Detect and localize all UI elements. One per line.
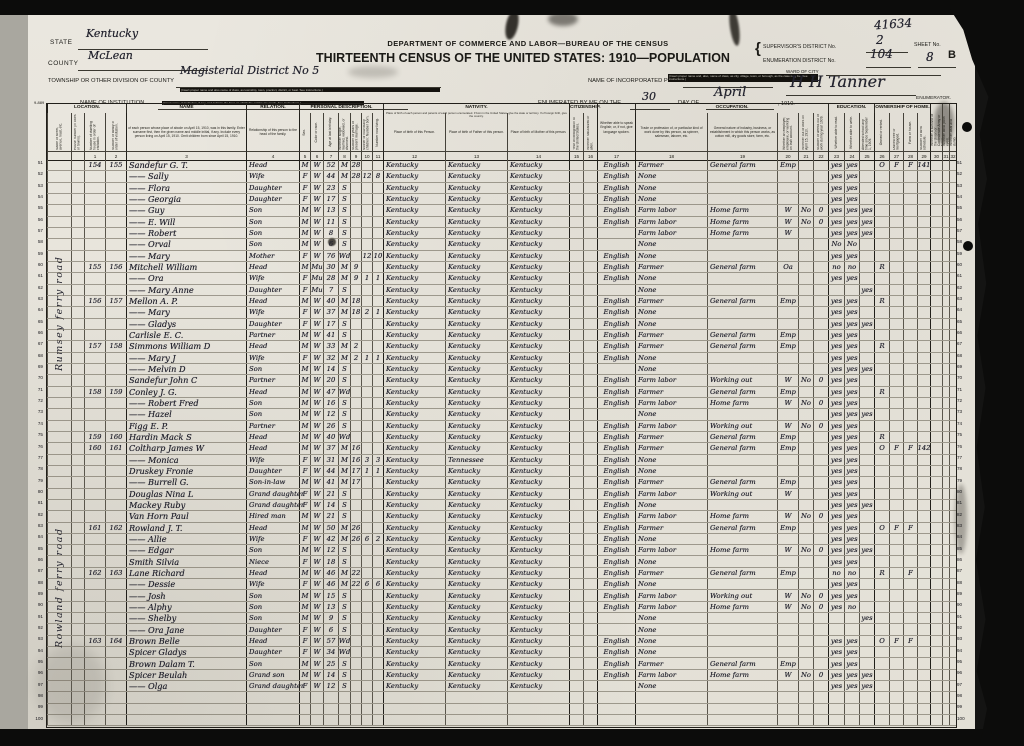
cell-home — [874, 375, 889, 385]
line-number-right: 95 — [957, 660, 970, 665]
cell-bl — [942, 647, 949, 657]
cell-cl — [372, 500, 383, 510]
cell-fm — [889, 500, 903, 510]
cell-bp: Kentucky — [383, 534, 445, 544]
cell-wk — [813, 387, 828, 397]
cell-emp: W — [777, 205, 798, 215]
cell-df — [949, 341, 956, 351]
cell-fh — [903, 579, 917, 589]
line-number-right: 92 — [957, 626, 970, 631]
cell-lang: English — [597, 590, 635, 600]
cell-fm — [889, 692, 903, 702]
cell-cb — [361, 262, 372, 272]
cell-emp: Emp — [777, 658, 798, 668]
cell-fm: F — [889, 523, 903, 533]
cell-fno: 142 — [917, 443, 930, 453]
cell-wk — [813, 556, 828, 566]
cell-sex: M — [299, 658, 310, 668]
cell-nat — [583, 205, 597, 215]
line-number-left: 85 — [30, 547, 43, 552]
cell-nat — [583, 466, 597, 476]
cell-wr: yes — [844, 296, 859, 306]
cell-lang — [597, 285, 635, 295]
line-number-left: 96 — [30, 671, 43, 676]
cell-ym — [350, 489, 361, 499]
punch-hole — [962, 122, 972, 132]
sheet-number-value: 8 — [926, 50, 934, 64]
cell-name: —— Olga — [126, 681, 246, 691]
cell-lang — [597, 692, 635, 702]
cell-fam — [105, 228, 126, 238]
cell-vet — [930, 624, 942, 634]
cell-df — [949, 455, 956, 465]
census-row: 154155Sandefur G. T.HeadMW52M28KentuckyK… — [47, 160, 956, 171]
cell-fm — [889, 398, 903, 408]
cell-dw: 155 — [84, 262, 105, 272]
cell-sex: M — [299, 545, 310, 555]
cell-ow — [798, 285, 813, 295]
line-number-right: 84 — [957, 535, 970, 540]
cell-dw — [84, 602, 105, 612]
cell-lang — [597, 228, 635, 238]
cell-color: W — [310, 239, 323, 249]
cell-ym — [350, 183, 361, 193]
cell-fm — [889, 183, 903, 193]
cell-fam — [105, 647, 126, 657]
line-number-right: 74 — [957, 422, 970, 427]
cell-house — [71, 251, 84, 261]
cell-ow: No — [798, 670, 813, 680]
cell-nat — [583, 681, 597, 691]
cell-home — [874, 590, 889, 600]
cell-bp: Kentucky — [383, 477, 445, 487]
cell-street — [47, 613, 71, 623]
cell-fam — [105, 511, 126, 521]
cell-wk — [813, 228, 828, 238]
cell-street — [47, 443, 71, 453]
cell-vet — [930, 534, 942, 544]
census-row: Druskey FronieDaughterFW44M1711KentuckyK… — [47, 466, 956, 477]
cell-vet — [930, 636, 942, 646]
cell-fh — [903, 194, 917, 204]
cell-name: Lane Richard — [126, 568, 246, 578]
cell-fno — [917, 296, 930, 306]
cell-age: 42 — [323, 534, 338, 544]
cell-df — [949, 307, 956, 317]
cell-name: —— Edgar — [126, 545, 246, 555]
cell-bp: Kentucky — [383, 421, 445, 431]
line-number-left: 53 — [30, 184, 43, 189]
cell-dw — [84, 205, 105, 215]
cell-bl — [942, 205, 949, 215]
cell-rel: Wife — [246, 353, 299, 363]
cell-occ: None — [635, 273, 707, 283]
cell-occ: Farm labor — [635, 228, 707, 238]
cell-sex: F — [299, 556, 310, 566]
cell-emp — [777, 500, 798, 510]
cell-wk: 0 — [813, 545, 828, 555]
cell-bl — [942, 251, 949, 261]
cell-imm — [569, 421, 583, 431]
cell-sch — [859, 421, 874, 431]
cell-imm — [569, 590, 583, 600]
cell-mar: M — [338, 579, 350, 589]
cell-emp: Emp — [777, 341, 798, 351]
col-number-bl: 31 — [942, 151, 949, 160]
cell-color: W — [310, 647, 323, 657]
line-number-left: 98 — [30, 694, 43, 699]
cell-emp: Emp — [777, 443, 798, 453]
cell-street — [47, 556, 71, 566]
cell-rd: yes — [828, 466, 844, 476]
cell-ow — [798, 432, 813, 442]
cell-fm — [889, 285, 903, 295]
col-number-lang: 17 — [597, 151, 635, 160]
cell-ym — [350, 590, 361, 600]
cell-fh — [903, 307, 917, 317]
cell-age: 6 — [323, 239, 338, 249]
enumerator-label: ENUMERATOR. — [916, 96, 951, 101]
cell-vet — [930, 523, 942, 533]
cell-fm — [889, 251, 903, 261]
cell-ind — [707, 692, 777, 702]
cell-imm — [569, 398, 583, 408]
cell-fh — [903, 409, 917, 419]
cell-df — [949, 273, 956, 283]
cell-rel: Son — [246, 205, 299, 215]
cell-ind — [707, 183, 777, 193]
cell-bp: Kentucky — [383, 523, 445, 533]
cell-ym — [350, 432, 361, 442]
cell-bl — [942, 353, 949, 363]
cell-street — [47, 341, 71, 351]
cell-fno — [917, 205, 930, 215]
census-row: Douglas Nina LGrand daughterFW21SKentuck… — [47, 489, 956, 500]
cell-mar: S — [338, 285, 350, 295]
line-number-left: 67 — [30, 342, 43, 347]
cell-wk — [813, 183, 828, 193]
cell-lang: English — [597, 670, 635, 680]
cell-wr: no — [844, 262, 859, 272]
cell-dw — [84, 353, 105, 363]
cell-bl — [942, 183, 949, 193]
cell-fam: 155 — [105, 160, 126, 170]
cell-ow — [798, 455, 813, 465]
census-row: 156157Mellon A. P.HeadMW40M18KentuckyKen… — [47, 296, 956, 307]
cell-vet — [930, 545, 942, 555]
line-number-left: 62 — [30, 286, 43, 291]
cell-cl — [372, 387, 383, 397]
cell-sex: F — [299, 307, 310, 317]
cell-nat — [583, 217, 597, 227]
cell-ym — [350, 387, 361, 397]
cell-ow: No — [798, 545, 813, 555]
cell-mar: S — [338, 217, 350, 227]
cell-wr: yes — [844, 421, 859, 431]
cell-wr: yes — [844, 534, 859, 544]
cell-wr: No — [844, 239, 859, 249]
cell-ow: No — [798, 511, 813, 521]
cell-fbp: Kentucky — [445, 647, 507, 657]
cell-ind — [707, 500, 777, 510]
cell-fam — [105, 205, 126, 215]
cell-street — [47, 217, 71, 227]
cell-ow — [798, 262, 813, 272]
col-header-home: Owned or rented. — [874, 113, 889, 151]
cell-mar: S — [338, 330, 350, 340]
cell-rel: Mother — [246, 251, 299, 261]
cell-rd: no — [828, 568, 844, 578]
cell-wr: yes — [844, 307, 859, 317]
cell-fno — [917, 636, 930, 646]
cell-ind: General farm — [707, 160, 777, 170]
census-row: —— E. WillSonMW11SKentuckyKentuckyKentuc… — [47, 217, 956, 228]
cell-sex: M — [299, 523, 310, 533]
cell-vet — [930, 681, 942, 691]
cell-imm — [569, 228, 583, 238]
cell-bl — [942, 715, 949, 725]
cell-home — [874, 602, 889, 612]
col-number-house — [71, 151, 84, 160]
cell-mbp: Kentucky — [507, 511, 569, 521]
cell-color: W — [310, 217, 323, 227]
cell-cb — [361, 319, 372, 329]
cell-house — [71, 715, 84, 725]
cell-occ: Farmer — [635, 330, 707, 340]
cell-nat — [583, 319, 597, 329]
census-row: 162163Lane RichardHeadMW46M22KentuckyKen… — [47, 568, 956, 579]
cell-bl — [942, 160, 949, 170]
cell-bl — [942, 681, 949, 691]
cell-fh — [903, 624, 917, 634]
line-number-left: 54 — [30, 195, 43, 200]
cell-fno — [917, 364, 930, 374]
cell-ind: Home farm — [707, 398, 777, 408]
cell-nat — [583, 579, 597, 589]
cell-occ: None — [635, 319, 707, 329]
cell-ind: Home farm — [707, 228, 777, 238]
cell-rel: Daughter — [246, 624, 299, 634]
line-number-right: 81 — [957, 501, 970, 506]
col-number-vet: 30 — [930, 151, 942, 160]
cell-rel: Daughter — [246, 183, 299, 193]
cell-sch — [859, 353, 874, 363]
cell-wr: yes — [844, 398, 859, 408]
cell-occ: Farm labor — [635, 217, 707, 227]
cell-sex: M — [299, 590, 310, 600]
cell-cb — [361, 715, 372, 725]
cell-fh — [903, 421, 917, 431]
cell-cl: 1 — [372, 466, 383, 476]
cell-mbp: Kentucky — [507, 647, 569, 657]
cell-fh: F — [903, 443, 917, 453]
cell-emp — [777, 647, 798, 657]
cell-rel: Wife — [246, 579, 299, 589]
cell-wk — [813, 251, 828, 261]
cell-rd — [828, 624, 844, 634]
line-number-left: 60 — [30, 263, 43, 268]
cell-cb — [361, 568, 372, 578]
census-row: —— OrvalSonMW6SKentuckyKentuckyKentuckyN… — [47, 239, 956, 250]
cell-lang: English — [597, 602, 635, 612]
cell-age: 18 — [323, 556, 338, 566]
cell-wr: yes — [844, 364, 859, 374]
cell-rd: no — [828, 262, 844, 272]
cell-dw — [84, 228, 105, 238]
cell-color: W — [310, 251, 323, 261]
cell-sch — [859, 160, 874, 170]
column-group: RELATION. — [246, 104, 299, 113]
cell-home — [874, 692, 889, 702]
cell-sch — [859, 647, 874, 657]
cell-dw — [84, 375, 105, 385]
cell-fbp: Kentucky — [445, 579, 507, 589]
cell-ym: 18 — [350, 296, 361, 306]
cell-ow — [798, 534, 813, 544]
cell-color: W — [310, 489, 323, 499]
cell-emp — [777, 534, 798, 544]
cell-bp: Kentucky — [383, 194, 445, 204]
cell-rel: Head — [246, 432, 299, 442]
supervisor-district-label: SUPERVISOR'S DISTRICT No. — [763, 44, 836, 50]
cell-cb: 6 — [361, 534, 372, 544]
cell-mbp: Kentucky — [507, 534, 569, 544]
cell-fm: F — [889, 443, 903, 453]
cell-occ: Farm labor — [635, 590, 707, 600]
cell-fh — [903, 217, 917, 227]
cell-ym — [350, 239, 361, 249]
cell-mbp: Kentucky — [507, 455, 569, 465]
cell-home — [874, 534, 889, 544]
cell-fno — [917, 432, 930, 442]
census-row — [47, 715, 956, 726]
cell-cb — [361, 477, 372, 487]
cell-ind: Working out — [707, 590, 777, 600]
cell-house — [71, 183, 84, 193]
cell-vet — [930, 307, 942, 317]
cell-rd: yes — [828, 489, 844, 499]
cell-street — [47, 477, 71, 487]
cell-fno — [917, 511, 930, 521]
cell-cl — [372, 194, 383, 204]
cell-wk — [813, 489, 828, 499]
cell-bl — [942, 273, 949, 283]
cell-wk — [813, 681, 828, 691]
cell-ind — [707, 681, 777, 691]
cell-ym — [350, 636, 361, 646]
cell-house — [71, 602, 84, 612]
cell-fno — [917, 285, 930, 295]
cell-bl — [942, 194, 949, 204]
cell-color: W — [310, 228, 323, 238]
cell-emp — [777, 364, 798, 374]
cell-mbp: Kentucky — [507, 251, 569, 261]
census-row: —— GladysDaughterFW17SKentuckyKentuckyKe… — [47, 319, 956, 330]
line-number-left: 52 — [30, 172, 43, 177]
cell-df — [949, 624, 956, 634]
cell-ym — [350, 205, 361, 215]
cell-age: 12 — [323, 545, 338, 555]
cell-nat — [583, 307, 597, 317]
cell-wk — [813, 296, 828, 306]
cell-fam — [105, 239, 126, 249]
cell-name — [126, 692, 246, 702]
col-number-sex: 5 — [299, 151, 310, 160]
cell-mbp: Kentucky — [507, 624, 569, 634]
cell-age: 25 — [323, 658, 338, 668]
cell-fam — [105, 602, 126, 612]
cell-ind: Home farm — [707, 545, 777, 555]
cell-mbp: Kentucky — [507, 590, 569, 600]
cell-cl — [372, 296, 383, 306]
cell-street — [47, 658, 71, 668]
cell-bp: Kentucky — [383, 613, 445, 623]
cell-color: W — [310, 466, 323, 476]
cell-mbp: Kentucky — [507, 568, 569, 578]
cell-fam — [105, 579, 126, 589]
cell-mar: S — [338, 658, 350, 668]
cell-wr: yes — [844, 477, 859, 487]
cell-imm — [569, 670, 583, 680]
cell-dw — [84, 251, 105, 261]
cell-fno — [917, 624, 930, 634]
cell-wr: yes — [844, 160, 859, 170]
cell-color — [310, 692, 323, 702]
cell-age: 21 — [323, 489, 338, 499]
cell-nat — [583, 398, 597, 408]
cell-lang — [597, 624, 635, 634]
cell-nat — [583, 545, 597, 555]
cell-age: 8 — [323, 228, 338, 238]
cell-dw: 160 — [84, 443, 105, 453]
cell-name: —— Monica — [126, 455, 246, 465]
cell-ow — [798, 409, 813, 419]
cell-occ: Farm labor — [635, 398, 707, 408]
cell-name: Smith Silvia — [126, 556, 246, 566]
cell-emp: Emp — [777, 477, 798, 487]
cell-rel: Wife — [246, 455, 299, 465]
cell-cl — [372, 545, 383, 555]
cell-occ — [635, 704, 707, 714]
cell-fh — [903, 477, 917, 487]
cell-cb — [361, 421, 372, 431]
line-number-left: 80 — [30, 490, 43, 495]
cell-age: 34 — [323, 647, 338, 657]
cell-dw — [84, 330, 105, 340]
cell-mar: M — [338, 160, 350, 170]
cell-ind: Home farm — [707, 511, 777, 521]
cell-emp — [777, 455, 798, 465]
cell-wk — [813, 455, 828, 465]
cell-emp: W — [777, 602, 798, 612]
cell-house — [71, 455, 84, 465]
cell-age: 20 — [323, 375, 338, 385]
cell-occ: None — [635, 556, 707, 566]
cell-emp — [777, 409, 798, 419]
cell-fam — [105, 704, 126, 714]
cell-name — [126, 715, 246, 725]
cell-sex: F — [299, 319, 310, 329]
cell-lang: English — [597, 330, 635, 340]
cell-mar: S — [338, 590, 350, 600]
cell-rd: yes — [828, 319, 844, 329]
cell-fam — [105, 715, 126, 725]
cell-ind — [707, 613, 777, 623]
cell-ind — [707, 647, 777, 657]
cell-ow — [798, 658, 813, 668]
cell-fbp: Kentucky — [445, 636, 507, 646]
cell-mbp: Kentucky — [507, 398, 569, 408]
